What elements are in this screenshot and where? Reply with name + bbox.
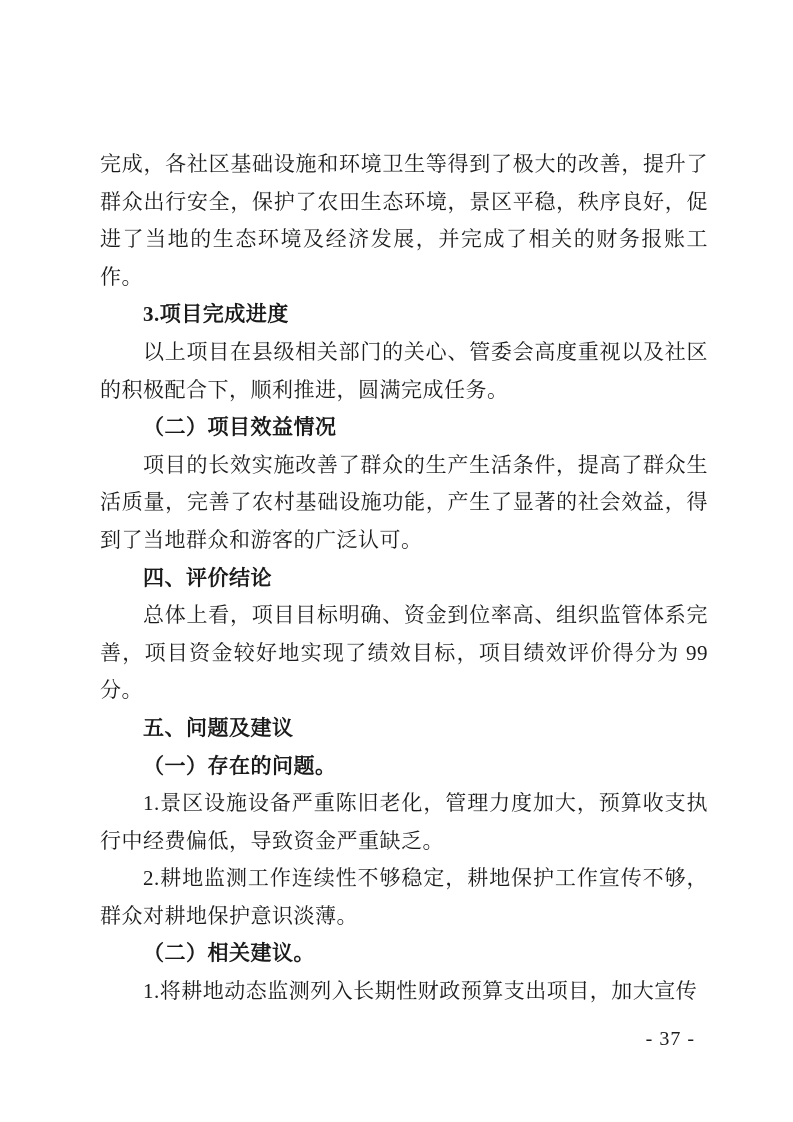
paragraph-continued-from-previous-page: 完成，各社区基础设施和环境卫生等得到了极大的改善，提升了群众出行安全，保护了农田… (100, 146, 708, 296)
paragraph-suggestion-1: 1.将耕地动态监测列入长期性财政预算支出项目，加大宣传 (100, 973, 708, 1011)
paragraph-problem-2: 2.耕地监测工作连续性不够稳定，耕地保护工作宣传不够，群众对耕地保护意识淡薄。 (100, 860, 708, 935)
paragraph-project-benefit: 项目的长效实施改善了群众的生产生活条件，提高了群众生活质量，完善了农村基础设施功… (100, 447, 708, 560)
heading-project-benefit-situation: （二）项目效益情况 (100, 409, 708, 447)
heading-problems-and-suggestions: 五、问题及建议 (100, 710, 708, 748)
heading-related-suggestions: （二）相关建议。 (100, 935, 708, 973)
paragraph-evaluation-conclusion: 总体上看，项目目标明确、资金到位率高、组织监管体系完善，项目资金较好地实现了绩效… (100, 597, 708, 710)
page-number: - 37 - (646, 1026, 695, 1052)
document-body: 完成，各社区基础设施和环境卫生等得到了极大的改善，提升了群众出行安全，保护了农田… (100, 146, 708, 1011)
paragraph-project-progress: 以上项目在县级相关部门的关心、管委会高度重视以及社区的积极配合下，顺利推进，圆满… (100, 334, 708, 409)
heading-project-completion-progress: 3.项目完成进度 (100, 296, 708, 334)
paragraph-problem-1: 1.景区设施设备严重陈旧老化，管理力度加大，预算收支执行中经费偏低，导致资金严重… (100, 785, 708, 860)
heading-evaluation-conclusion: 四、评价结论 (100, 560, 708, 598)
document-page: 完成，各社区基础设施和环境卫生等得到了极大的改善，提升了群众出行安全，保护了农田… (0, 0, 793, 1122)
heading-existing-problems: （一）存在的问题。 (100, 748, 708, 786)
